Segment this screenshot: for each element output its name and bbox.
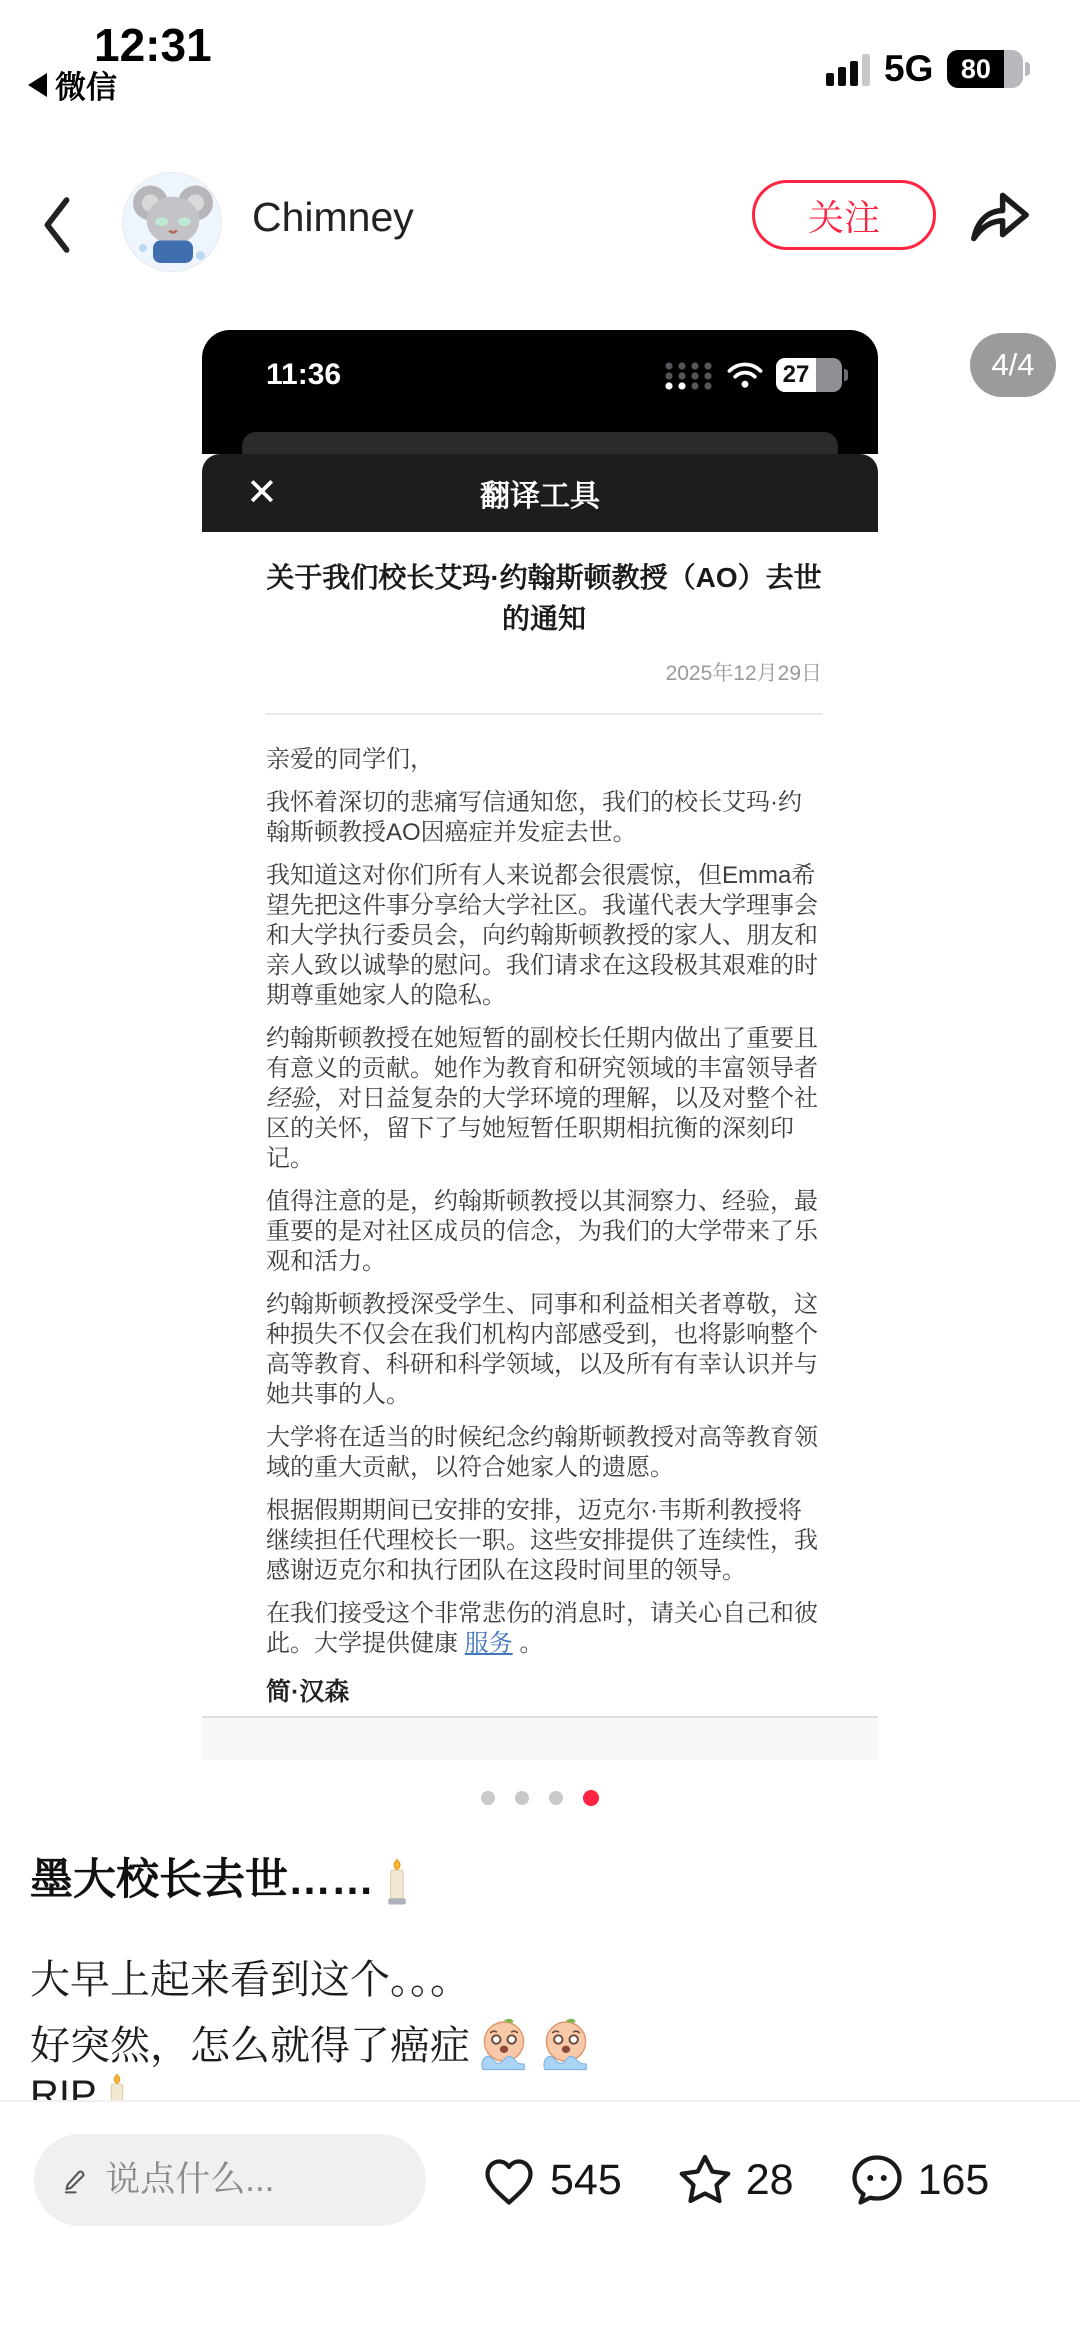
- notice-title: 关于我们校长艾玛·约翰斯顿教授（AO）去世的通知: [266, 558, 822, 639]
- notice-text: 我知道这对你们所有人来说都会很震惊，但Emma希望先把这件事分享给大学社区。我谨…: [266, 862, 818, 1009]
- back-app-label: 微信: [55, 62, 117, 107]
- modal-backdrop-card: [242, 432, 838, 454]
- carousel-dot: [583, 1790, 599, 1806]
- share-button[interactable]: [966, 182, 1034, 248]
- notice-paragraphs: 亲爱的同学们，我怀着深切的悲痛写信通知您，我们的校长艾玛·约翰斯顿教授AO因癌症…: [266, 745, 822, 1659]
- notice-paragraph: 约翰斯顿教授深受学生、同事和利益相关者尊敬，这种损失不仅会在我们机构内部感受到，…: [266, 1290, 822, 1410]
- comment-button[interactable]: 165: [846, 2150, 990, 2210]
- caption-title: 墨大校长去世……: [30, 1846, 412, 1907]
- crying-emoji: [476, 2015, 532, 2071]
- notice-paragraph: 值得注意的是，约翰斯顿教授以其洞察力、经验，最重要的是对社区成员的信念，为我们的…: [266, 1187, 822, 1277]
- photo-status-bar: 11:36 27: [202, 330, 878, 420]
- cellular-signal-icon: [826, 52, 870, 86]
- back-triangle-icon: [28, 73, 47, 97]
- carousel-photo[interactable]: 11:36 27 ✕ 翻译工具 关于我们: [202, 330, 878, 1760]
- notice-text: 约翰斯顿教授在她短暂的副校长任期内做出了重要且有意义的贡献。她作为教育和研究领域…: [266, 1025, 818, 1082]
- heart-icon[interactable]: [478, 2150, 540, 2210]
- post-header: Chimney 关注: [0, 150, 1080, 310]
- divider: [266, 713, 822, 715]
- notice-signature: 简·汉森: [266, 1672, 822, 1708]
- collect-count[interactable]: 28: [746, 2156, 794, 2205]
- notice-paragraph: 我知道这对你们所有人来说都会很震惊，但Emma希望先把这件事分享给大学社区。我谨…: [266, 861, 822, 1011]
- caption-line-1: 大早上起来看到这个。。。: [30, 1948, 470, 2005]
- notice-content: 关于我们校长艾玛·约翰斯顿教授（AO）去世的通知 2025年12月29日 亲爱的…: [202, 532, 878, 1716]
- like-count[interactable]: 545: [550, 2156, 622, 2205]
- back-to-app-indicator[interactable]: 微信: [28, 62, 117, 107]
- notice-date: 2025年12月29日: [266, 657, 822, 687]
- service-link: 服务: [465, 1630, 513, 1657]
- star-icon[interactable]: [674, 2150, 736, 2210]
- avatar-cartoon-mouse: [123, 173, 222, 272]
- comment-input[interactable]: [105, 2160, 400, 2200]
- caption-line-1-text: 大早上起来看到这个。。。: [30, 1948, 470, 2005]
- username[interactable]: Chimney: [252, 194, 414, 241]
- photo-battery-percent: 27: [776, 358, 816, 392]
- chevron-left-icon: [34, 192, 80, 258]
- photo-battery-icon: 27: [776, 358, 848, 392]
- notice-text: 根据假期期间已安排的安排，迈克尔·韦斯利教授将继续担任代理校长一职。这些安排提供…: [266, 1497, 818, 1584]
- crying-emoji: [538, 2015, 594, 2071]
- notice-text: 亲爱的同学们，: [266, 746, 434, 773]
- notice-paragraph: 约翰斯顿教授在她短暂的副校长任期内做出了重要且有意义的贡献。她作为教育和研究领域…: [266, 1024, 822, 1174]
- notice-paragraph: 根据假期期间已安排的安排，迈克尔·韦斯利教授将继续担任代理校长一职。这些安排提供…: [266, 1496, 822, 1586]
- dotted-signal-icon: [662, 358, 714, 392]
- status-right-cluster: 5G 80: [826, 48, 1030, 90]
- pencil-icon: [60, 2162, 91, 2198]
- page-indicator-badge: 4/4: [970, 333, 1056, 397]
- notice-text: 我怀着深切的悲痛写信通知您，我们的校长艾玛·约翰斯顿教授AO因癌症并发症去世。: [266, 789, 802, 846]
- notice-paragraph: 我怀着深切的悲痛写信通知您，我们的校长艾玛·约翰斯顿教授AO因癌症并发症去世。: [266, 788, 822, 848]
- notice-text: 大学将在适当的时候纪念约翰斯顿教授对高等教育领域的重大贡献，以符合她家人的遗愿。: [266, 1424, 818, 1481]
- battery-percent: 80: [947, 50, 1004, 88]
- like-button[interactable]: 545: [478, 2150, 622, 2210]
- carousel-dots: [0, 1790, 1080, 1806]
- notice-text: ，对日益复杂的大学环境的理解，以及对整个社区的关怀，留下了与她短暂任职期相抗衡的…: [266, 1085, 818, 1172]
- back-button[interactable]: [34, 192, 80, 258]
- notice-paragraph: 大学将在适当的时候纪念约翰斯顿教授对高等教育领域的重大贡献，以符合她家人的遗愿。: [266, 1423, 822, 1483]
- notice-text: 值得注意的是，约翰斯顿教授以其洞察力、经验，最重要的是对社区成员的信念，为我们的…: [266, 1188, 818, 1275]
- network-type-label: 5G: [884, 48, 933, 90]
- carousel-dot: [515, 1791, 529, 1805]
- battery-icon: 80: [947, 50, 1030, 88]
- close-icon: ✕: [246, 474, 278, 512]
- modal-title: 翻译工具: [480, 471, 600, 515]
- wifi-icon: [726, 360, 764, 390]
- avatar[interactable]: [122, 172, 222, 272]
- photo-status-time: 11:36: [266, 358, 341, 392]
- notice-text: 经验: [266, 1085, 314, 1112]
- carousel-dot: [549, 1791, 563, 1805]
- comment-input-pill[interactable]: [34, 2134, 426, 2226]
- follow-button[interactable]: 关注: [752, 180, 936, 250]
- notice-paragraph: 亲爱的同学们，: [266, 745, 822, 775]
- comment-count[interactable]: 165: [918, 2156, 990, 2205]
- collect-button[interactable]: 28: [674, 2150, 794, 2210]
- notice-paragraph: 在我们接受这个非常悲伤的消息时，请关心自己和彼此。大学提供健康 服务 。: [266, 1599, 822, 1659]
- notice-text: 约翰斯顿教授深受学生、同事和利益相关者尊敬，这种损失不仅会在我们机构内部感受到，…: [266, 1291, 818, 1408]
- candle-emoji: [382, 1857, 412, 1907]
- caption-title-text: 墨大校长去世……: [30, 1846, 374, 1907]
- comment-bubble-icon[interactable]: [846, 2150, 908, 2210]
- caption-line-2-text: 好突然，怎么就得了癌症: [30, 2014, 470, 2071]
- photo-bottom-strip: [202, 1716, 878, 1760]
- carousel-dot: [481, 1791, 495, 1805]
- bottom-action-bar: 545 28 165: [0, 2100, 1080, 2341]
- translation-modal-header: ✕ 翻译工具: [202, 454, 878, 532]
- share-arrow-icon: [966, 182, 1034, 248]
- caption-line-2: 好突然，怎么就得了癌症: [30, 2014, 594, 2071]
- notice-text: 。: [513, 1630, 544, 1657]
